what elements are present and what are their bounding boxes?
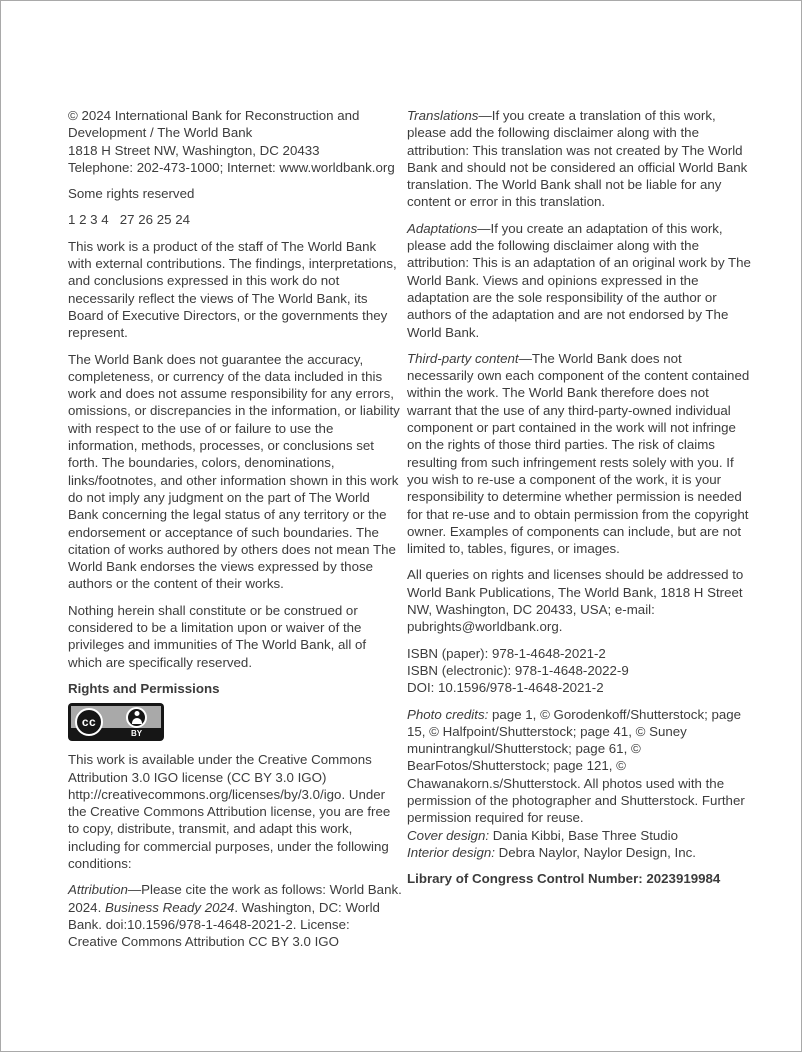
rights-reserved-text: Some rights reserved (68, 185, 402, 202)
lccn-line: Library of Congress Control Number: 2023… (407, 870, 751, 887)
printing-numbers: 1 2 3 4 27 26 25 24 (68, 211, 402, 228)
third-party-text: —The World Bank does not necessarily own… (407, 351, 749, 556)
interior-design-line: Interior design: Debra Naylor, Naylor De… (407, 844, 751, 861)
translations-paragraph: Translations—If you create a translation… (407, 107, 751, 211)
book-title: Business Ready 2024 (105, 900, 234, 915)
attribution-label: Attribution (68, 882, 128, 897)
photo-credits-text: page 1, © Gorodenkoff/Shutterstock; page… (407, 707, 745, 826)
rights-permissions-heading: Rights and Permissions (68, 680, 402, 697)
cover-design-label: Cover design: (407, 828, 489, 843)
privileges-paragraph: Nothing herein shall constitute or be co… (68, 602, 402, 671)
staff-paragraph: This work is a product of the staff of T… (68, 238, 402, 342)
cover-design-text: Dania Kibbi, Base Three Studio (489, 828, 678, 843)
cover-design-line: Cover design: Dania Kibbi, Base Three St… (407, 827, 751, 844)
disclaimer-paragraph: The World Bank does not guarantee the ac… (68, 351, 402, 593)
document-page: © 2024 International Bank for Reconstruc… (0, 0, 802, 1052)
cc-by-license-badge: cc BY (68, 703, 164, 741)
translations-text: —If you create a translation of this wor… (407, 108, 747, 209)
left-column: © 2024 International Bank for Reconstruc… (68, 107, 402, 950)
telephone-line: Telephone: 202-473-1000; Internet: www.w… (68, 159, 402, 176)
isbn-electronic-line: ISBN (electronic): 978-1-4648-2022-9 (407, 662, 751, 679)
interior-design-label: Interior design: (407, 845, 495, 860)
interior-design-text: Debra Naylor, Naylor Design, Inc. (495, 845, 696, 860)
license-paragraph: This work is available under the Creativ… (68, 751, 402, 872)
photo-credits-paragraph: Photo credits: page 1, © Gorodenkoff/Shu… (407, 706, 751, 827)
address-line: 1818 H Street NW, Washington, DC 20433 (68, 142, 402, 159)
by-attribution-label: BY (126, 729, 147, 739)
third-party-paragraph: Third-party content—The World Bank does … (407, 350, 751, 558)
third-party-label: Third-party content (407, 351, 519, 366)
credits-block: Photo credits: page 1, © Gorodenkoff/Shu… (407, 706, 751, 862)
isbn-block: ISBN (paper): 978-1-4648-2021-2 ISBN (el… (407, 645, 751, 697)
copyright-block: © 2024 International Bank for Reconstruc… (68, 107, 402, 176)
translations-label: Translations (407, 108, 478, 123)
queries-paragraph: All queries on rights and licenses shoul… (407, 566, 751, 635)
adaptations-paragraph: Adaptations—If you create an adaptation … (407, 220, 751, 341)
cc-logo-icon: cc (75, 708, 103, 736)
right-column: Translations—If you create a translation… (407, 107, 751, 887)
adaptations-label: Adaptations (407, 221, 477, 236)
adaptations-text: —If you create an adaptation of this wor… (407, 221, 751, 340)
photo-credits-label: Photo credits: (407, 707, 488, 722)
doi-line: DOI: 10.1596/978-1-4648-2021-2 (407, 679, 751, 696)
copyright-line: © 2024 International Bank for Reconstruc… (68, 107, 402, 142)
isbn-paper-line: ISBN (paper): 978-1-4648-2021-2 (407, 645, 751, 662)
attribution-paragraph: Attribution—Please cite the work as foll… (68, 881, 402, 950)
